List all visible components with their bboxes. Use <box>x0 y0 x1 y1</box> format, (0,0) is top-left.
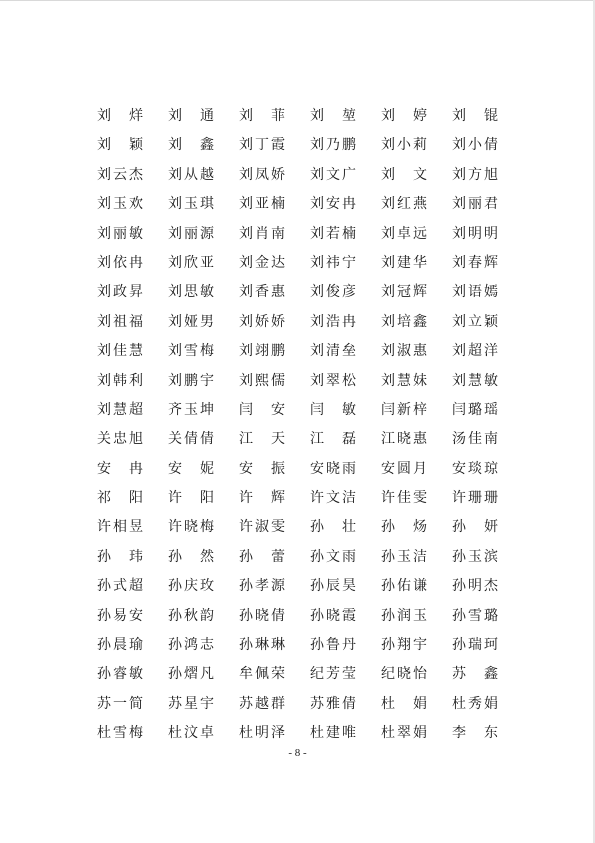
person-name: 刘慧超 <box>97 400 143 420</box>
person-name: 孙晨瑜 <box>97 635 143 655</box>
person-name: 关忠旭 <box>97 429 143 449</box>
name-row: 刘祖福刘娅男刘娇娇刘浩冉刘培鑫刘立颖 <box>97 312 517 341</box>
page-number: - 8 - <box>0 747 595 759</box>
page-top-border <box>0 0 595 1</box>
person-name: 杜翠娟 <box>381 723 427 743</box>
person-name: 孙佑谦 <box>381 576 427 596</box>
person-name: 许晓梅 <box>168 517 214 537</box>
person-name: 刘玉欢 <box>97 194 143 214</box>
person-name: 刘肖南 <box>239 224 285 244</box>
person-name: 刘欣亚 <box>168 253 214 273</box>
name-row: 刘玉欢刘玉琪刘亚楠刘安冉刘红燕刘丽君 <box>97 194 517 223</box>
person-name: 许阳 <box>168 488 214 508</box>
person-name: 孙雪璐 <box>452 606 498 626</box>
name-row: 孙晨瑜孙鸿志孙琳琳孙鲁丹孙翔宇孙瑞珂 <box>97 635 517 664</box>
person-name: 安振 <box>239 459 285 479</box>
name-row: 刘佳慧刘雪梅刘翊鹏刘清垒刘淑惠刘超洋 <box>97 341 517 370</box>
person-name: 江晓惠 <box>381 429 427 449</box>
person-name: 闫璐瑶 <box>452 400 498 420</box>
person-name: 刘鹏宇 <box>168 371 214 391</box>
person-name: 纪晓怡 <box>381 664 427 684</box>
person-name: 刘明明 <box>452 224 498 244</box>
person-name: 刘云杰 <box>97 165 143 185</box>
person-name: 刘立颖 <box>452 312 498 332</box>
person-name: 刘韩利 <box>97 371 143 391</box>
person-name: 杜娟 <box>381 694 427 714</box>
person-name: 孙瑞珂 <box>452 635 498 655</box>
person-name: 安琰琼 <box>452 459 498 479</box>
person-name: 孙晓霞 <box>310 606 356 626</box>
person-name: 刘方旭 <box>452 165 498 185</box>
name-row: 许相昱许晓梅许淑雯孙壮孙炀孙妍 <box>97 517 517 546</box>
person-name: 孙晓倩 <box>239 606 285 626</box>
person-name: 刘通 <box>168 106 214 126</box>
person-name: 刘乃鹏 <box>310 135 356 155</box>
person-name: 刘烊 <box>97 106 143 126</box>
person-name: 孙玉滨 <box>452 547 498 567</box>
person-name: 刘政昇 <box>97 282 143 302</box>
name-row: 关忠旭关倩倩江天江磊江晓惠汤佳南 <box>97 429 517 458</box>
name-row: 孙式超孙庆玫孙孝源孙辰昊孙佑谦孙明杰 <box>97 576 517 605</box>
name-row: 刘云杰刘从越刘凤娇刘文广刘文刘方旭 <box>97 165 517 194</box>
name-row: 刘依冉刘欣亚刘金达刘祎宁刘建华刘春辉 <box>97 253 517 282</box>
person-name: 刘安冉 <box>310 194 356 214</box>
person-name: 苏雅倩 <box>310 694 356 714</box>
name-row: 刘政昇刘思敏刘香惠刘俊彦刘冠辉刘语嫣 <box>97 282 517 311</box>
person-name: 杜秀娟 <box>452 694 498 714</box>
person-name: 刘冠辉 <box>381 282 427 302</box>
name-row: 孙睿敏孙熠凡牟佩荣纪芳莹纪晓怡苏鑫 <box>97 664 517 693</box>
person-name: 许珊珊 <box>452 488 498 508</box>
person-name: 孙庆玫 <box>168 576 214 596</box>
name-row: 孙易安孙秋韵孙晓倩孙晓霞孙润玉孙雪璐 <box>97 606 517 635</box>
person-name: 孙润玉 <box>381 606 427 626</box>
person-name: 孙明杰 <box>452 576 498 596</box>
person-name: 刘依冉 <box>97 253 143 273</box>
person-name: 安圆月 <box>381 459 427 479</box>
person-name: 刘锟 <box>452 106 498 126</box>
person-name: 闫安 <box>239 400 285 420</box>
person-name: 刘祎宁 <box>310 253 356 273</box>
name-row: 安冉安妮安振安晓雨安圆月安琰琼 <box>97 459 517 488</box>
person-name: 刘小莉 <box>381 135 427 155</box>
person-name: 刘若楠 <box>310 224 356 244</box>
person-name: 许相昱 <box>97 517 143 537</box>
person-name: 闫新梓 <box>381 400 427 420</box>
person-name: 刘佳慧 <box>97 341 143 361</box>
person-name: 刘鑫 <box>168 135 214 155</box>
person-name: 刘建华 <box>381 253 427 273</box>
person-name: 安晓雨 <box>310 459 356 479</box>
person-name: 刘春辉 <box>452 253 498 273</box>
person-name: 刘慧敏 <box>452 371 498 391</box>
person-name: 刘丁霞 <box>239 135 285 155</box>
person-name: 孙琳琳 <box>239 635 285 655</box>
name-row: 刘丽敏刘丽源刘肖南刘若楠刘卓远刘明明 <box>97 224 517 253</box>
person-name: 孙熠凡 <box>168 664 214 684</box>
person-name: 孙玉洁 <box>381 547 427 567</box>
person-name: 刘丽敏 <box>97 224 143 244</box>
person-name: 许佳雯 <box>381 488 427 508</box>
person-name: 刘从越 <box>168 165 214 185</box>
person-name: 孙玮 <box>97 547 143 567</box>
person-name: 刘语嫣 <box>452 282 498 302</box>
person-name: 刘玉琪 <box>168 194 214 214</box>
person-name: 江天 <box>239 429 285 449</box>
person-name: 刘婷 <box>381 106 427 126</box>
person-name: 刘金达 <box>239 253 285 273</box>
person-name: 刘菲 <box>239 106 285 126</box>
person-name: 闫敏 <box>310 400 356 420</box>
person-name: 刘浩冉 <box>310 312 356 332</box>
person-name: 刘丽源 <box>168 224 214 244</box>
person-name: 刘淑惠 <box>381 341 427 361</box>
person-name: 杜明泽 <box>239 723 285 743</box>
person-name: 孙然 <box>168 547 214 567</box>
person-name: 纪芳莹 <box>310 664 356 684</box>
person-name: 孙鲁丹 <box>310 635 356 655</box>
person-name: 孙炀 <box>381 517 427 537</box>
person-name: 刘卓远 <box>381 224 427 244</box>
person-name: 苏越群 <box>239 694 285 714</box>
person-name: 刘翊鹏 <box>239 341 285 361</box>
person-name: 许辉 <box>239 488 285 508</box>
person-name: 刘香惠 <box>239 282 285 302</box>
person-name: 安冉 <box>97 459 143 479</box>
name-row: 刘烊刘通刘菲刘堃刘婷刘锟 <box>97 106 517 135</box>
person-name: 汤佳南 <box>452 429 498 449</box>
person-name: 苏鑫 <box>452 664 498 684</box>
person-name: 刘红燕 <box>381 194 427 214</box>
person-name: 刘清垒 <box>310 341 356 361</box>
person-name: 孙秋韵 <box>168 606 214 626</box>
person-name: 李东 <box>452 723 498 743</box>
person-name: 孙睿敏 <box>97 664 143 684</box>
person-name: 孙妍 <box>452 517 498 537</box>
person-name: 关倩倩 <box>168 429 214 449</box>
person-name: 孙孝源 <box>239 576 285 596</box>
person-name: 牟佩荣 <box>239 664 285 684</box>
person-name: 孙蕾 <box>239 547 285 567</box>
person-name: 杜雪梅 <box>97 723 143 743</box>
name-row: 孙玮孙然孙蕾孙文雨孙玉洁孙玉滨 <box>97 547 517 576</box>
person-name: 刘思敏 <box>168 282 214 302</box>
person-name: 刘熙儒 <box>239 371 285 391</box>
person-name: 祁阳 <box>97 488 143 508</box>
person-name: 孙文雨 <box>310 547 356 567</box>
person-name: 刘文广 <box>310 165 356 185</box>
name-list-grid: 刘烊刘通刘菲刘堃刘婷刘锟刘颖刘鑫刘丁霞刘乃鹏刘小莉刘小倩刘云杰刘从越刘凤娇刘文广… <box>97 106 517 753</box>
person-name: 刘娅男 <box>168 312 214 332</box>
person-name: 刘娇娇 <box>239 312 285 332</box>
person-name: 刘文 <box>381 165 427 185</box>
person-name: 刘慧妹 <box>381 371 427 391</box>
person-name: 苏一简 <box>97 694 143 714</box>
person-name: 江磊 <box>310 429 356 449</box>
name-row: 祁阳许阳许辉许文洁许佳雯许珊珊 <box>97 488 517 517</box>
person-name: 刘小倩 <box>452 135 498 155</box>
person-name: 许淑雯 <box>239 517 285 537</box>
person-name: 孙易安 <box>97 606 143 626</box>
name-row: 苏一简苏星宇苏越群苏雅倩杜娟杜秀娟 <box>97 694 517 723</box>
person-name: 刘翠松 <box>310 371 356 391</box>
person-name: 孙辰昊 <box>310 576 356 596</box>
person-name: 杜汶卓 <box>168 723 214 743</box>
person-name: 刘超洋 <box>452 341 498 361</box>
person-name: 孙鸿志 <box>168 635 214 655</box>
person-name: 安妮 <box>168 459 214 479</box>
person-name: 刘祖福 <box>97 312 143 332</box>
person-name: 杜建唯 <box>310 723 356 743</box>
person-name: 刘堃 <box>310 106 356 126</box>
name-row: 刘颖刘鑫刘丁霞刘乃鹏刘小莉刘小倩 <box>97 135 517 164</box>
person-name: 苏星宇 <box>168 694 214 714</box>
person-name: 刘雪梅 <box>168 341 214 361</box>
person-name: 刘颖 <box>97 135 143 155</box>
person-name: 刘培鑫 <box>381 312 427 332</box>
person-name: 刘俊彦 <box>310 282 356 302</box>
name-row: 刘慧超齐玉坤闫安闫敏闫新梓闫璐瑶 <box>97 400 517 429</box>
person-name: 孙翔宇 <box>381 635 427 655</box>
person-name: 孙壮 <box>310 517 356 537</box>
person-name: 齐玉坤 <box>168 400 214 420</box>
person-name: 刘丽君 <box>452 194 498 214</box>
person-name: 刘亚楠 <box>239 194 285 214</box>
name-row: 刘韩利刘鹏宇刘熙儒刘翠松刘慧妹刘慧敏 <box>97 371 517 400</box>
person-name: 刘凤娇 <box>239 165 285 185</box>
person-name: 许文洁 <box>310 488 356 508</box>
person-name: 孙式超 <box>97 576 143 596</box>
